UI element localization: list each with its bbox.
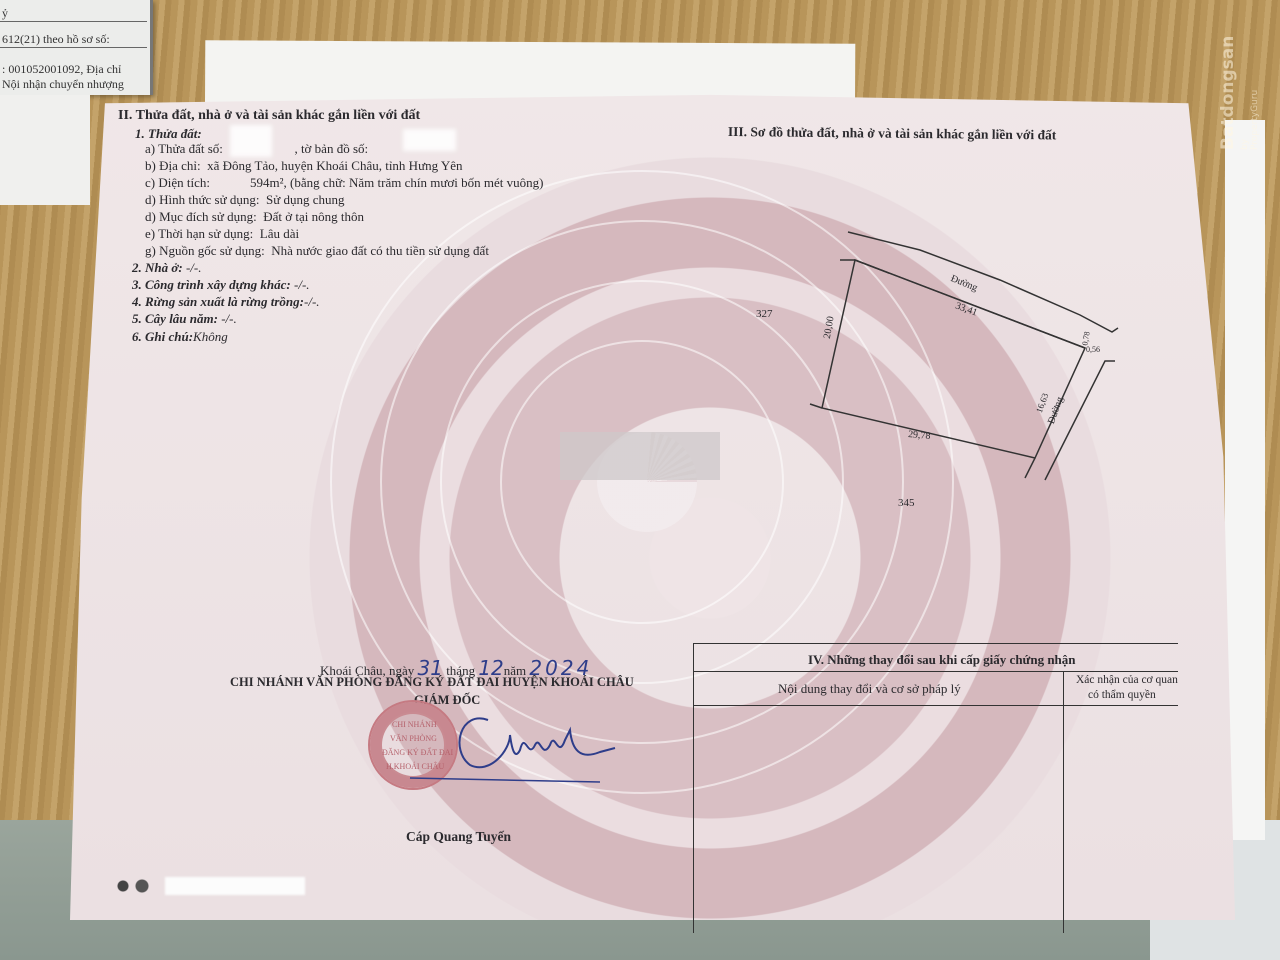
map-corner-b: 0,56 — [1086, 345, 1100, 354]
background-doc-line: ỷ — [0, 6, 147, 22]
column-header-confirmation-1: Xác nhận của cơ quan — [1076, 674, 1178, 686]
field-usage-term: e) Thời hạn sử dụng: Lâu dài — [145, 226, 299, 242]
field-label: a) Thửa đất số: — [145, 141, 223, 156]
section-3-title: III. Sơ đồ thửa đất, nhà ở và tài sản kh… — [728, 124, 1057, 143]
field-address: b) Địa chỉ: xã Đông Tảo, huyện Khoái Châ… — [145, 158, 463, 174]
changes-table: IV. Những thay đổi sau khi cấp giấy chứn… — [693, 643, 1178, 933]
map-edge-bottom: 29,78 — [908, 429, 931, 442]
column-header-confirmation-2: có thẩm quyền — [1088, 689, 1156, 701]
field-usage-origin: g) Nguồn gốc sử dụng: Nhà nước giao đất … — [145, 243, 489, 259]
redaction-box — [403, 129, 456, 151]
redacted-serial-dots — [115, 879, 155, 893]
section-2-title: II. Thửa đất, nhà ở và tài sản khác gắn … — [118, 108, 420, 124]
field-area: c) Diện tích:594m², (bằng chữ: Năm trăm … — [145, 175, 543, 191]
field-usage-form: d) Hình thức sử dụng: Sử dụng chung — [145, 192, 345, 208]
redacted-serial-number — [165, 877, 305, 895]
parcel-heading: 1. Thửa đất: — [135, 126, 202, 142]
redacted-watermark — [560, 432, 720, 480]
watermark-sub: by PropertyGuru — [1240, 90, 1260, 150]
handwritten-signature — [400, 690, 620, 790]
background-doc-line: 612(21) theo hồ sơ số: — [0, 32, 147, 48]
redaction-box — [230, 125, 272, 157]
issuing-office: CHI NHÁNH VĂN PHÒNG ĐĂNG KÝ ĐẤT ĐAI HUYỆ… — [230, 675, 634, 690]
item-other-construction: 3. Công trình xây dựng khác: -/-. — [132, 277, 310, 293]
underlying-right-sheet — [1225, 120, 1265, 840]
signer-name: Cáp Quang Tuyến — [406, 829, 511, 845]
background-doc-line: Nội nhận chuyển nhượng — [0, 77, 147, 92]
column-header-content: Nội dung thay đổi và cơ sở pháp lý — [778, 681, 961, 697]
item-note: 6. Ghi chú:Không — [132, 329, 228, 345]
field-label-map-sheet: , tờ bản đồ số: — [294, 141, 368, 156]
item-perennial-trees: 5. Cây lâu năm: -/-. — [132, 311, 237, 327]
background-doc-line: : 001052001092, Địa chỉ — [0, 62, 147, 77]
field-usage-purpose: d) Mục đích sử dụng: Đất ở tại nông thôn — [145, 209, 364, 225]
section-4-title: IV. Những thay đổi sau khi cấp giấy chứn… — [808, 652, 1076, 668]
map-neighbor-bottom: 345 — [898, 497, 915, 509]
watermark-brand: Batdongsan — [1218, 36, 1238, 150]
item-house: 2. Nhà ở: -/-. — [132, 260, 201, 276]
item-planted-forest: 4. Rừng sản xuất là rừng trồng:-/-. — [132, 294, 320, 310]
background-document: ỷ 612(21) theo hồ sơ số: : 001052001092,… — [0, 0, 153, 95]
background-paper — [0, 95, 90, 205]
map-neighbor-left: 327 — [756, 308, 773, 320]
